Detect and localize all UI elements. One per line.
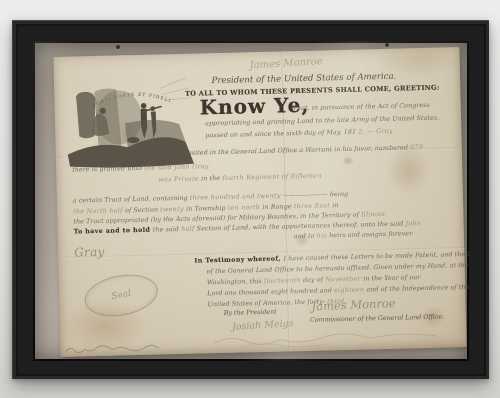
picture-frame: FORTI SORTE ET FIDELI James Monroe Presi… — [12, 20, 489, 379]
handwritten-text: three East — [294, 202, 333, 210]
printed-text: That, in pursuance of the Act of Congres… — [293, 102, 430, 112]
commissioner-title: Commissioner of the General Land Office. — [310, 314, 444, 324]
commissioner-signature: Josiah Meigs — [232, 318, 294, 333]
handwritten-text: John — [406, 220, 422, 227]
document-paper: FORTI SORTE ET FIDELI James Monroe Presi… — [53, 47, 466, 357]
printed-text: the said — [153, 226, 181, 234]
document-line: Lord one thousand eight hundred and eigh… — [207, 285, 469, 298]
printed-text: To have and to hold — [74, 227, 153, 236]
printed-text: in the — [201, 175, 222, 183]
printed-text: In Testimony whereof, — [194, 255, 283, 264]
document-line: of the General Land Office to be hereunt… — [207, 262, 469, 276]
document-line: was Private in the fourth Regiment of Ri… — [158, 173, 321, 184]
printed-text: United States of America, the forty- — [207, 298, 327, 308]
handwritten-text: was Private — [158, 175, 201, 183]
printed-text: heirs and assigns forever. — [329, 230, 414, 239]
printed-text: and of the Independence of the — [367, 284, 469, 294]
handwritten-text: Illinois — [361, 211, 385, 219]
handwritten-text: his — [317, 232, 330, 239]
handwritten-text: half — [181, 226, 197, 233]
president-signature: James Monroe — [311, 296, 396, 314]
document-line: there is granted unto the said John Gray — [72, 164, 209, 174]
handwritten-text: November — [325, 276, 363, 284]
handwritten-text: three hundred and twenty — [190, 192, 283, 201]
handwritten-text: eighteen — [334, 286, 367, 294]
mat-clip-dot — [385, 43, 389, 47]
handwritten-text: the North half — [73, 207, 125, 215]
handwritten-text: fourth Regiment of Riflemen — [222, 172, 322, 181]
pencil-inscription — [62, 340, 162, 356]
document-line: Gray — [74, 246, 105, 259]
handwritten-text: twenty — [160, 206, 186, 214]
seal-label: Seal — [111, 289, 132, 302]
mat-clip-dot — [116, 45, 120, 49]
document-line: That, in pursuance of the Act of Congres… — [293, 103, 430, 113]
printed-text: a certain Tract of Land, containing — [73, 195, 190, 205]
printed-text: in the Year of our — [363, 274, 420, 282]
printed-text: passed on and since the sixth day of May… — [205, 129, 358, 140]
handwritten-text: ten north — [228, 204, 263, 212]
document-line: and to his heirs and assigns forever. — [294, 231, 414, 241]
printed-text: and to — [294, 233, 317, 241]
frame-glass: FORTI SORTE ET FIDELI James Monroe Presi… — [33, 41, 469, 361]
handwritten-text: 2, — Gray — [358, 128, 393, 136]
document-line: passed on and since the sixth day of May… — [205, 129, 392, 140]
document-line: deposited in the General Land Office a W… — [176, 145, 423, 158]
handwritten-text: 679 — [410, 144, 423, 151]
printed-text: in — [332, 202, 338, 209]
printed-text: in Township — [186, 205, 228, 213]
by-president-label: By the President — [224, 309, 277, 317]
printed-text: Lord one thousand eight hundred and — [207, 287, 334, 297]
printed-text: of Section — [125, 206, 160, 214]
seal-oval: Seal — [81, 269, 161, 322]
printed-text: ——————— being — [283, 191, 348, 200]
handwritten-text: Gray — [74, 245, 105, 260]
printed-text: day of — [303, 276, 325, 284]
penned-president-name: James Monroe — [249, 56, 323, 71]
printed-text: Washington, this — [207, 278, 264, 286]
printed-text: in Range — [262, 203, 294, 211]
printed-text: there is granted unto — [72, 165, 144, 174]
handwritten-text: fourteenth — [264, 277, 303, 285]
handwritten-text: the said John Gray — [144, 163, 209, 172]
printed-text: deposited in the General Land Office a W… — [176, 144, 411, 157]
paper-stain — [342, 156, 354, 166]
